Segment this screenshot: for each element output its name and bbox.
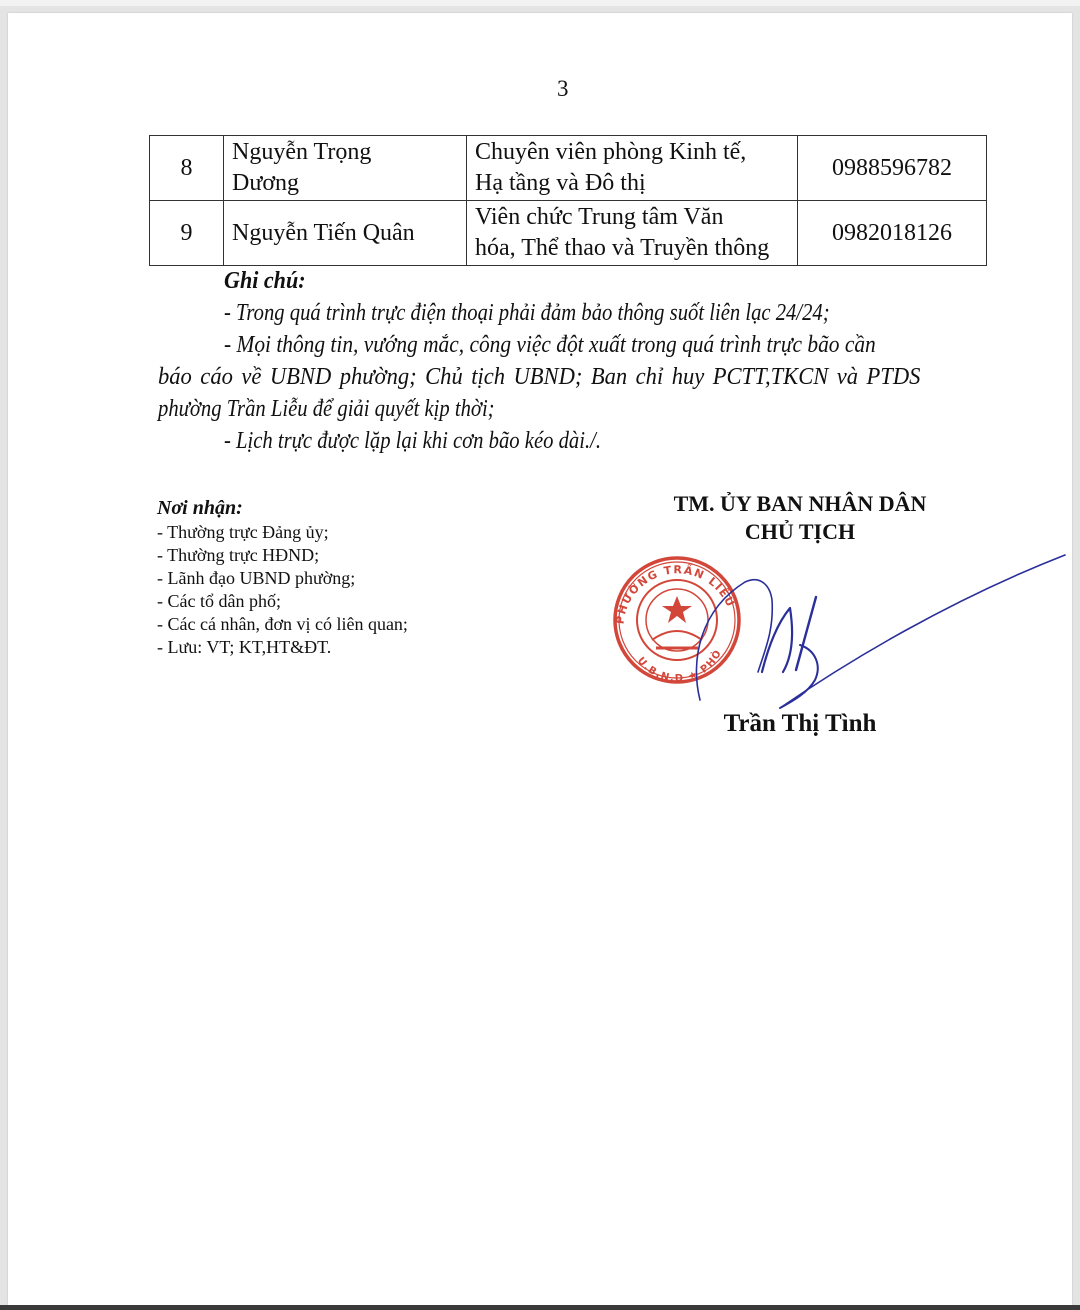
signer-name: Trần Thị Tình xyxy=(700,710,900,738)
handwritten-signature xyxy=(696,555,1065,708)
svg-text:U.B.N.D ★ PHÒNG: U.B.N.D ★ PHÒNG xyxy=(0,0,724,684)
official-stamp-and-signature: PHƯỜNG TRẦN LIỄU U.B.N.D ★ PHÒNG xyxy=(0,0,1080,1310)
stamp-seal: PHƯỜNG TRẦN LIỄU U.B.N.D ★ PHÒNG xyxy=(0,0,739,684)
